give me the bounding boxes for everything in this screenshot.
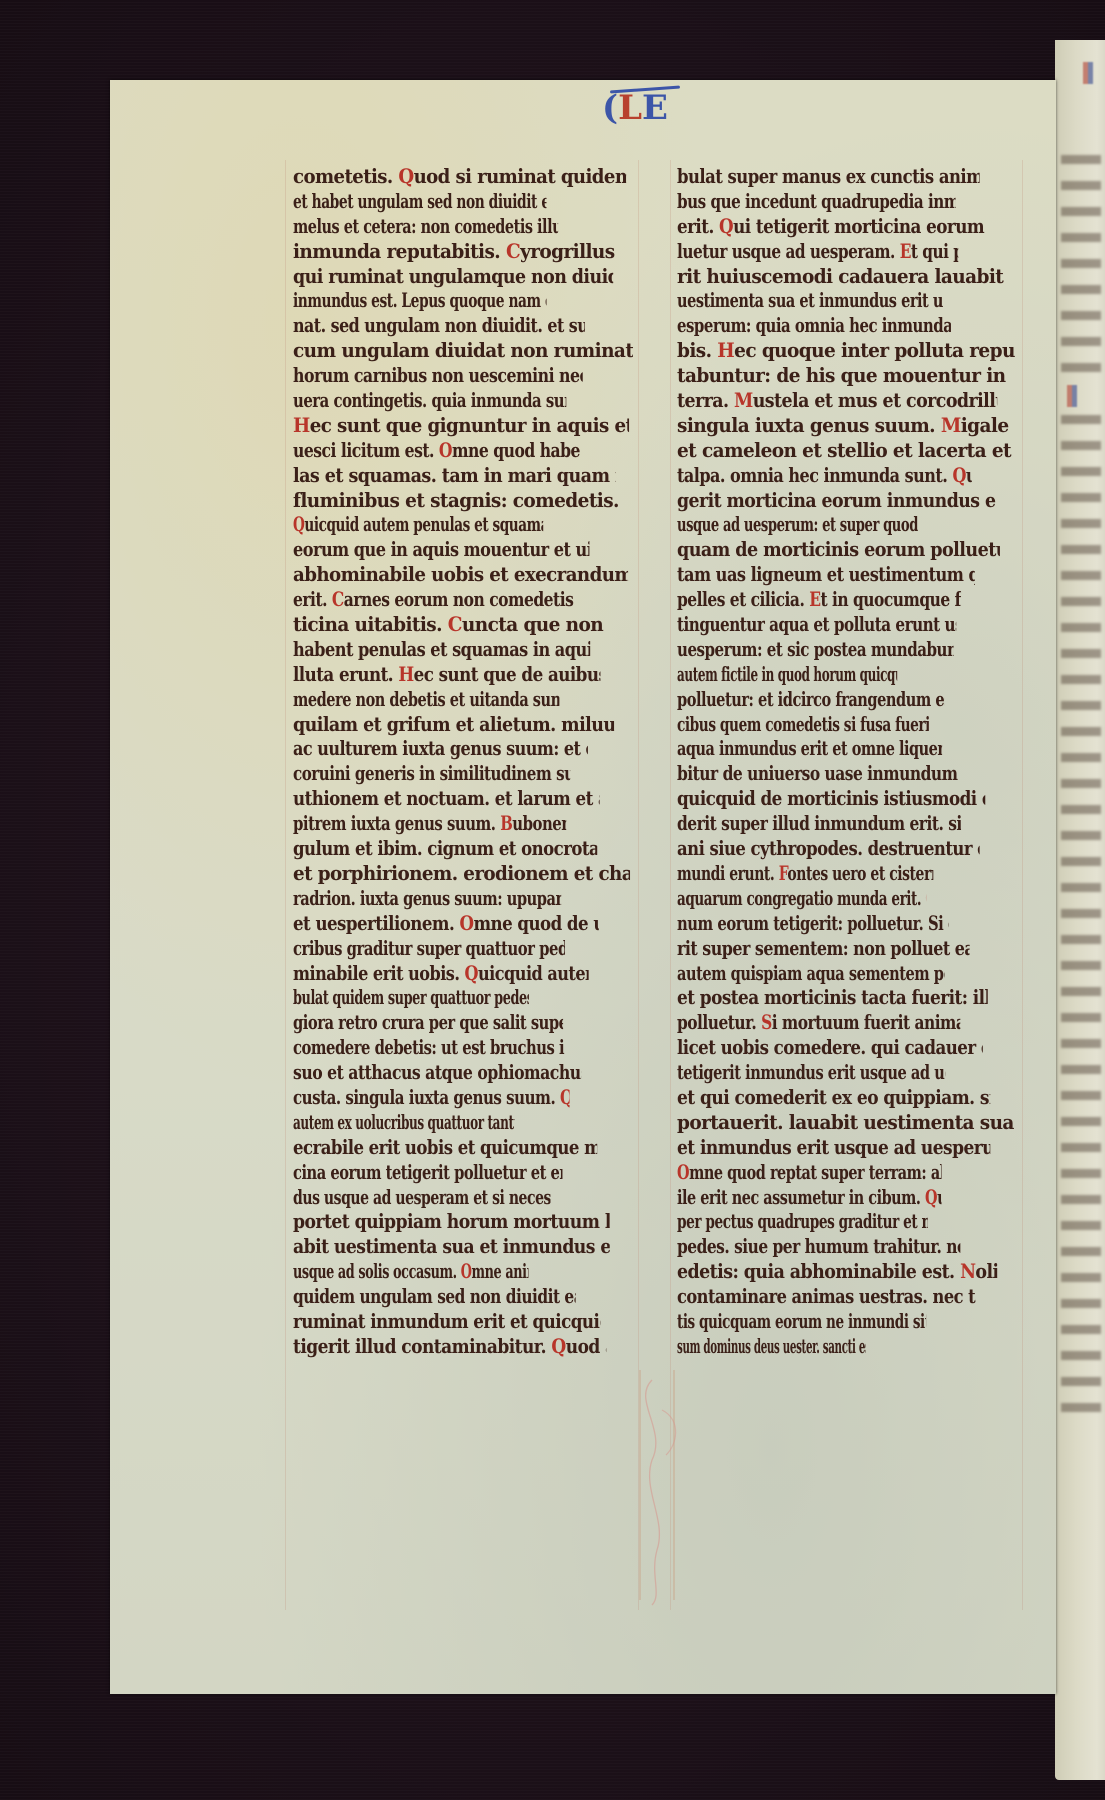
text-segment: ac uulturem iuxta genus suum: et omne: [293, 739, 588, 761]
text-line: quilam et grifum et alietum. miluum: [293, 713, 614, 739]
text-segment: et porphirionem. erodionem et cha: [293, 863, 630, 885]
text-line: aqua inmundus erit et omne liquens quod …: [677, 738, 942, 764]
rubricated-initial: Q: [560, 1087, 570, 1109]
text-line: Hec sunt que gignuntur in aquis et: [293, 414, 629, 440]
adjacent-initial-icon: [1067, 385, 1077, 407]
rubricated-initial: Q: [398, 166, 413, 188]
text-segment: uncta que non: [462, 614, 603, 636]
text-line: uesperum: et sic postea mundabuntur. Vas: [677, 638, 954, 664]
text-segment: ui teti: [966, 465, 972, 487]
text-segment: bitur de uniuerso uase inmundum erit: et: [677, 764, 961, 786]
text-line: pedes. siue per humum trahitur. non com: [677, 1236, 960, 1262]
text-segment: uicquid autem penulas et squamas non hab…: [304, 515, 543, 537]
text-segment: mne quod habet penu: [452, 440, 580, 462]
text-segment: portauerit. lauabit uestimenta sua: [677, 1112, 1014, 1134]
rubricated-initial: C: [506, 241, 520, 263]
text-line: mundi erunt. Fontes uero et cisterne et …: [677, 862, 933, 888]
text-segment: aquarum congregatio munda erit.: [677, 888, 925, 910]
text-segment: inmundus est. Lepus quoque nam et ipse r…: [293, 291, 547, 313]
text-segment: ec sunt que de auibus co: [414, 664, 601, 686]
text-segment: et inmundus erit usque ad uesperum.: [677, 1137, 990, 1159]
text-segment: cina eorum tetigerit polluetur et erit i…: [293, 1162, 562, 1184]
text-line: et cameleon et stellio et lacerta et: [677, 439, 1017, 465]
text-segment: usque ad uesperum: et super quod cecider…: [677, 515, 918, 537]
text-line: erit. Carnes eorum non comedetis et mor: [293, 589, 578, 615]
text-segment: autem ex uolucribus quattuor tantum habe…: [293, 1112, 514, 1134]
running-head-letter-l: L: [618, 88, 642, 128]
text-line: usque ad solis occasum. Omne animal quod…: [293, 1261, 528, 1287]
text-line: ac uulturem iuxta genus suum: et omne: [293, 738, 588, 764]
text-segment: num eorum tetigerit: polluetur. Si cecid…: [677, 913, 949, 935]
text-line: Quicquid autem penulas et squamas non ha…: [293, 514, 543, 540]
text-segment: et qui comederit ex eo quippiam. siue: [677, 1087, 990, 1109]
text-line: las et squamas. tam in mari quam in: [293, 464, 616, 490]
text-line: qui ruminat ungulamque non diuidit: [293, 265, 613, 291]
rubricated-initial: Q: [925, 1187, 937, 1209]
rubricated-initial: M: [941, 415, 961, 437]
text-line: erit. Qui tetigerit morticina eorum pol: [677, 215, 985, 241]
text-segment: uicquid autem am: [478, 963, 589, 985]
text-line: autem quispiam aqua sementem perfuderit.: [677, 962, 945, 988]
text-segment: et postea morticinis tacta fuerit: illic…: [677, 988, 988, 1010]
text-line: radrion. iuxta genus suum: upupam quoque: [293, 887, 561, 913]
text-line: uera contingetis. quia inmunda sunt uobi…: [293, 389, 566, 415]
text-line: cum ungulam diuidat non ruminat: [293, 340, 633, 366]
text-segment: quicquid de morticinis istiusmodi ceci: [677, 789, 985, 811]
text-line: aquarum congregatio munda erit. Qui mort…: [677, 887, 926, 913]
text-line: bitur de uniuerso uase inmundum erit: et: [677, 763, 961, 789]
text-segment: ile erit nec assumetur in cibum.: [677, 1187, 925, 1209]
rubricated-initial: C: [332, 590, 344, 612]
text-segment: tinguentur aqua et polluta erunt usque a…: [677, 614, 956, 636]
text-segment: igale: [961, 415, 1009, 437]
text-segment: tetigerit inmundus erit usque ad uesperu…: [677, 1062, 945, 1084]
text-line: tigerit illud contaminabitur. Quod am: [293, 1335, 606, 1361]
text-line: uthionem et noctuam. et larum et acci: [293, 788, 600, 814]
text-line: bus que incedunt quadrupedia inmundum: [677, 190, 956, 216]
text-segment: portet quippiam horum mortuum lau: [293, 1212, 610, 1234]
text-line: pelles et cilicia. Et in quocumque fit o…: [677, 589, 961, 615]
text-segment: qui ruminat ungulamque non diuidit: [293, 266, 613, 288]
text-segment: cribus graditur super quattuor pedes: ab…: [293, 938, 565, 960]
text-line: eorum que in aquis mouentur et uiuunt: [293, 539, 589, 565]
text-segment: bulat quidem super quattuor pedes. sed h…: [293, 988, 529, 1010]
text-segment: nat. sed ungulam non diuidit. et sus que: [293, 316, 585, 338]
text-segment: t qui portaue: [911, 241, 958, 263]
text-line: gerit morticina eorum inmundus erit: [677, 489, 995, 515]
text-segment: erit.: [677, 216, 719, 238]
text-line: derit super illud inmundum erit. siue cl…: [677, 813, 961, 839]
text-line: gulum et ibim. cignum et onocrotalum: [293, 837, 597, 863]
text-segment: singula iuxta genus suum.: [677, 415, 941, 437]
text-line: quidem ungulam sed non diuidit eam nec: [293, 1285, 576, 1311]
ruling-line: [1022, 160, 1023, 1610]
text-segment: medere non debetis et uitanda sunt uobis…: [293, 689, 559, 711]
text-line: ile erit nec assumetur in cibum. Quicqui…: [677, 1186, 942, 1212]
text-segment: pedes. siue per humum trahitur. non com: [677, 1237, 960, 1259]
text-segment: ontes uero et cisterne et omnis: [787, 863, 933, 885]
ruling-line: [285, 160, 286, 1610]
rubricated-initial: Q: [925, 888, 926, 910]
text-segment: ubonem et mer: [512, 814, 566, 836]
text-line: et uespertilionem. Omne quod de uolu: [293, 912, 599, 938]
text-line: terra. Mustela et mus et corcodrillus: [677, 389, 997, 415]
text-line: habent penulas et squamas in aquis: po: [293, 638, 590, 664]
text-segment: mne quod de uolu: [473, 913, 598, 935]
text-line: nat. sed ungulam non diuidit. et sus que: [293, 315, 585, 341]
text-segment: talpa. omnia hec inmunda sunt.: [677, 465, 952, 487]
text-column-right: bulat super manus ex cunctis animantibus…: [677, 166, 1017, 1361]
rubricated-initial: Q: [551, 1336, 565, 1358]
text-line: melus et cetera: non comedetis illud et …: [293, 215, 558, 241]
text-line: polluetur: et idcirco frangendum est. Om…: [677, 688, 945, 714]
text-segment: minabile erit uobis.: [293, 963, 465, 985]
text-segment: et uespertilionem.: [293, 913, 459, 935]
text-segment: quam de morticinis eorum polluetur: [677, 540, 1000, 562]
text-line: contaminare animas uestras. nec tanga: [677, 1285, 976, 1311]
text-segment: las et squamas. tam in mari quam in: [293, 465, 616, 487]
text-segment: uod si ruminat quidem: [414, 166, 627, 188]
text-segment: ecrabile erit uobis et quicumque morti: [293, 1137, 597, 1159]
text-line: coruini generis in similitudinem suam. S…: [293, 763, 570, 789]
text-segment: mne quod reptat super terram: abhominab: [689, 1162, 941, 1184]
rubricated-initial: B: [500, 814, 512, 836]
text-line: cometetis. Quod si ruminat quidem: [293, 165, 626, 191]
text-segment: ui tetigerit morticina eorum pol: [733, 216, 985, 238]
text-line: sum dominus deus uester. sancti estote q…: [677, 1335, 866, 1361]
text-line: inmundus est. Lepus quoque nam et ipse r…: [293, 290, 547, 316]
text-line: uesci licitum est. Omne quod habet penu: [293, 439, 580, 465]
text-segment: ticina uitabitis.: [293, 614, 448, 636]
rubricated-initial: H: [717, 341, 734, 363]
text-segment: radrion. iuxta genus suum: upupam quoque: [293, 888, 561, 910]
rubricated-initial: H: [398, 664, 413, 686]
text-line: et porphirionem. erodionem et cha: [293, 862, 630, 888]
text-line: tetigerit inmundus erit usque ad uesperu…: [677, 1061, 945, 1087]
running-head: (LE: [602, 88, 680, 128]
text-line: comedere debetis: ut est bruchus in gene…: [293, 1037, 564, 1063]
text-segment: t in quocumque fit opus: [821, 590, 962, 612]
text-segment: rit huiuscemodi cadauera lauabit: [677, 266, 1003, 288]
rubricated-initial: M: [734, 390, 753, 412]
text-segment: arnes eorum non comedetis et mor: [344, 590, 579, 612]
text-segment: mne animal quod habet: [472, 1262, 529, 1284]
text-segment: et cameleon et stellio et lacerta et: [677, 440, 1011, 462]
text-line: Omne quod reptat super terram: abhominab: [677, 1161, 942, 1187]
text-line: quicquid de morticinis istiusmodi ceci: [677, 788, 985, 814]
text-segment: lluta erunt.: [293, 664, 398, 686]
text-segment: sum dominus deus uester. sancti estote q…: [677, 1336, 866, 1358]
text-line: quam de morticinis eorum polluetur: [677, 539, 1000, 565]
text-segment: inmunda reputabitis.: [293, 241, 506, 263]
text-line: fluminibus et stagnis: comedetis.: [293, 489, 633, 515]
text-line: autem ex uolucribus quattuor tantum habe…: [293, 1111, 514, 1137]
text-line: per pectus quadrupes graditur et multos …: [677, 1211, 928, 1237]
text-segment: edetis: quia abhominabile est.: [677, 1262, 960, 1284]
text-segment: yrogrillus: [520, 241, 614, 263]
text-segment: ec quoque inter polluta repu: [734, 341, 1015, 363]
text-line: uestimenta sua et inmundus erit usque ad…: [677, 290, 943, 316]
text-line: portauerit. lauabit uestimenta sua: [677, 1111, 1017, 1137]
text-line: giora retro crura per que salit super te…: [293, 1012, 563, 1038]
text-segment: polluetur: et idcirco frangendum est.: [677, 689, 945, 711]
text-line: licet uobis comedere. qui cadauer eius: [677, 1037, 983, 1063]
text-segment: terra.: [677, 390, 734, 412]
text-line: et habet ungulam sed non diuidit eam sic…: [293, 190, 547, 216]
text-line: minabile erit uobis. Quicquid autem am: [293, 962, 589, 988]
text-segment: i mortuum fuerit animal quod: [772, 1013, 961, 1035]
text-segment: comedere debetis: ut est bruchus in gene…: [293, 1038, 564, 1060]
text-segment: pitrem iuxta genus suum.: [293, 814, 500, 836]
text-segment: giora retro crura per que salit super te…: [293, 1013, 563, 1035]
text-segment: et habet ungulam sed non diuidit eam sic…: [293, 191, 547, 213]
adjacent-leaf-edge: [1055, 40, 1105, 1780]
text-segment: olite: [975, 1262, 997, 1284]
text-segment: gulum et ibim. cignum et onocrotalum: [293, 838, 597, 860]
running-head-cadel: (: [602, 88, 618, 128]
text-segment: cometetis.: [293, 166, 398, 188]
rubricated-initial: O: [461, 1262, 472, 1284]
text-segment: uesci licitum est.: [293, 440, 439, 462]
rubricated-initial: E: [900, 241, 911, 263]
text-line: ecrabile erit uobis et quicumque morti: [293, 1136, 597, 1162]
text-segment: horum carnibus non uescemini nec cada: [293, 366, 583, 388]
text-line: bulat super manus ex cunctis animanti: [677, 165, 980, 191]
text-segment: abhominabile uobis et execrandum: [293, 565, 628, 587]
text-column-left: cometetis. Quod si ruminat quidemet habe…: [293, 166, 633, 1361]
text-line: ticina uitabitis. Cuncta que non: [293, 613, 633, 639]
text-line: esperum: quia omnia hec inmunda sunt uo: [677, 315, 951, 341]
text-segment: autem quispiam aqua sementem perfuderit.: [677, 963, 945, 985]
text-line: num eorum tetigerit: polluetur. Si cecid…: [677, 912, 949, 938]
text-segment: uestimenta sua et inmundus erit usque ad…: [677, 291, 943, 313]
text-segment: dus usque ad uesperam et si necesse fuer…: [293, 1187, 550, 1209]
text-segment: ustela et mus et corcodrillus: [753, 390, 998, 412]
text-line: lluta erunt. Hec sunt que de auibus co: [293, 663, 600, 689]
text-segment: mundi erunt.: [677, 863, 779, 885]
text-line: inmunda reputabitis. Cyrogrillus: [293, 240, 633, 266]
text-line: et inmundus erit usque ad uesperum.: [677, 1136, 990, 1162]
text-segment: uesperum: et sic postea mundabuntur.: [677, 639, 954, 661]
text-segment: erit.: [293, 590, 332, 612]
text-line: rit huiuscemodi cadauera lauabit: [677, 265, 1017, 291]
text-segment: eorum que in aquis mouentur et uiuunt: [293, 540, 589, 562]
text-line: bulat quidem super quattuor pedes. sed h…: [293, 987, 529, 1013]
text-segment: bis.: [677, 341, 717, 363]
text-line: medere non debetis et uitanda sunt uobis…: [293, 688, 559, 714]
text-segment: uod am: [566, 1336, 607, 1358]
text-segment: tigerit illud contaminabitur.: [293, 1336, 551, 1358]
text-segment: custa. singula iuxta genus suum.: [293, 1087, 560, 1109]
text-segment: contaminare animas uestras. nec tanga: [677, 1287, 976, 1309]
rubricated-initial: Q: [465, 963, 478, 985]
adjacent-running-head-icon: [1083, 62, 1093, 84]
text-line: tam uas ligneum et uestimentum quam: [677, 564, 975, 590]
text-line: usque ad uesperum: et super quod cecider…: [677, 514, 918, 540]
text-segment: uicquid su: [937, 1187, 941, 1209]
text-line: portet quippiam horum mortuum lau: [293, 1211, 610, 1237]
text-segment: usque ad solis occasum.: [293, 1262, 461, 1284]
text-line: talpa. omnia hec inmunda sunt. Qui teti: [677, 464, 972, 490]
text-segment: abit uestimenta sua et inmundus erit: [293, 1237, 610, 1259]
text-line: abit uestimenta sua et inmundus erit: [293, 1236, 610, 1262]
text-line: et postea morticinis tacta fuerit: illic…: [677, 987, 988, 1013]
text-line: polluetur. Si mortuum fuerit animal quod: [677, 1012, 960, 1038]
text-segment: bus que incedunt quadrupedia inmundum: [677, 191, 956, 213]
text-segment: aqua inmundus erit et omne liquens quod …: [677, 739, 942, 761]
text-line: cina eorum tetigerit polluetur et erit i…: [293, 1161, 562, 1187]
text-segment: luetur usque ad uesperam.: [677, 241, 900, 263]
text-segment: quidem ungulam sed non diuidit eam nec: [293, 1287, 576, 1309]
text-segment: autem fictile in quod horum quicquam int…: [677, 664, 897, 686]
text-line: tabuntur: de his que mouentur in: [677, 365, 1017, 391]
rubricated-initial: H: [293, 415, 310, 437]
text-segment: esperum: quia omnia hec inmunda sunt uo: [677, 316, 951, 338]
rubricated-initial: E: [809, 590, 820, 612]
text-segment: tam uas ligneum et uestimentum quam: [677, 565, 975, 587]
text-segment: tabuntur: de his que mouentur in: [677, 366, 1006, 388]
text-segment: cum ungulam diuidat non ruminat: [293, 341, 633, 363]
text-line: ruminat inmundum erit et quicquid te: [293, 1310, 600, 1336]
text-segment: melus et cetera: non comedetis illud et …: [293, 216, 558, 238]
running-head-letter-e: E: [642, 88, 668, 128]
text-line: et qui comederit ex eo quippiam. siue: [677, 1086, 990, 1112]
text-segment: cibus quem comedetis si fusa fuerit supe…: [677, 714, 929, 736]
rubricated-initial: N: [960, 1262, 975, 1284]
text-line: dus usque ad uesperam et si necesse fuer…: [293, 1186, 550, 1212]
text-line: tis quicquam eorum ne inmundi sitis. ego…: [677, 1310, 926, 1336]
text-line: edetis: quia abhominabile est. Nolite: [677, 1261, 997, 1287]
text-segment: bulat super manus ex cunctis animanti: [677, 166, 980, 188]
rubricated-initial: Q: [293, 515, 304, 537]
text-segment: coruini generis in similitudinem suam.: [293, 764, 570, 786]
text-line: custa. singula iuxta genus suum. Quicqui…: [293, 1086, 570, 1112]
text-line: singula iuxta genus suum. Migale: [677, 414, 1017, 440]
text-segment: rit super sementem: non polluet eam.: [677, 938, 970, 960]
text-segment: pelles et cilicia.: [677, 590, 809, 612]
text-segment: habent penulas et squamas in aquis: po: [293, 639, 590, 661]
text-line: cibus quem comedetis si fusa fuerit supe…: [677, 713, 929, 739]
text-segment: tis quicquam eorum ne inmundi sitis. ego…: [677, 1311, 926, 1333]
text-segment: per pectus quadrupes graditur et multos …: [677, 1212, 928, 1234]
text-segment: quilam et grifum et alietum. miluum: [293, 714, 614, 736]
rubricated-initial: Q: [952, 465, 965, 487]
text-line: autem fictile in quod horum quicquam int…: [677, 663, 897, 689]
rubricated-initial: O: [677, 1162, 689, 1184]
text-segment: uthionem et noctuam. et larum et acci: [293, 789, 600, 811]
text-segment: gerit morticina eorum inmundus erit: [677, 490, 995, 512]
text-line: abhominabile uobis et execrandum: [293, 564, 628, 590]
text-segment: ani siue cythropodes. destruentur et in: [677, 838, 980, 860]
text-segment: derit super illud inmundum erit. siue cl…: [677, 814, 961, 836]
rubricated-initial: Q: [719, 216, 733, 238]
rubricated-initial: S: [761, 1013, 772, 1035]
text-segment: ec sunt que gignuntur in aquis et: [310, 415, 629, 437]
text-line: tinguentur aqua et polluta erunt usque a…: [677, 613, 956, 639]
text-line: pitrem iuxta genus suum. Bubonem et mer: [293, 813, 566, 839]
text-line: luetur usque ad uesperam. Et qui portaue: [677, 240, 958, 266]
rubricated-initial: O: [439, 440, 452, 462]
text-line: rit super sementem: non polluet eam. Si: [677, 937, 970, 963]
text-segment: suo et atthacus atque ophiomachus ac lo: [293, 1062, 581, 1084]
text-line: bis. Hec quoque inter polluta repu: [677, 340, 1017, 366]
rubricated-initial: C: [448, 614, 462, 636]
text-line: suo et atthacus atque ophiomachus ac lo: [293, 1061, 581, 1087]
rubricated-initial: O: [459, 913, 473, 935]
text-line: horum carnibus non uescemini nec cada: [293, 365, 583, 391]
text-segment: fluminibus et stagnis: comedetis.: [293, 490, 619, 512]
text-segment: polluetur.: [677, 1013, 761, 1035]
pen-flourish-icon: [622, 1370, 692, 1610]
text-line: ani siue cythropodes. destruentur et in: [677, 837, 980, 863]
text-line: cribus graditur super quattuor pedes: ab…: [293, 937, 565, 963]
text-segment: uera contingetis. quia inmunda sunt uobi…: [293, 390, 566, 412]
text-segment: ruminat inmundum erit et quicquid te: [293, 1311, 600, 1333]
text-segment: licet uobis comedere. qui cadauer eius: [677, 1038, 983, 1060]
